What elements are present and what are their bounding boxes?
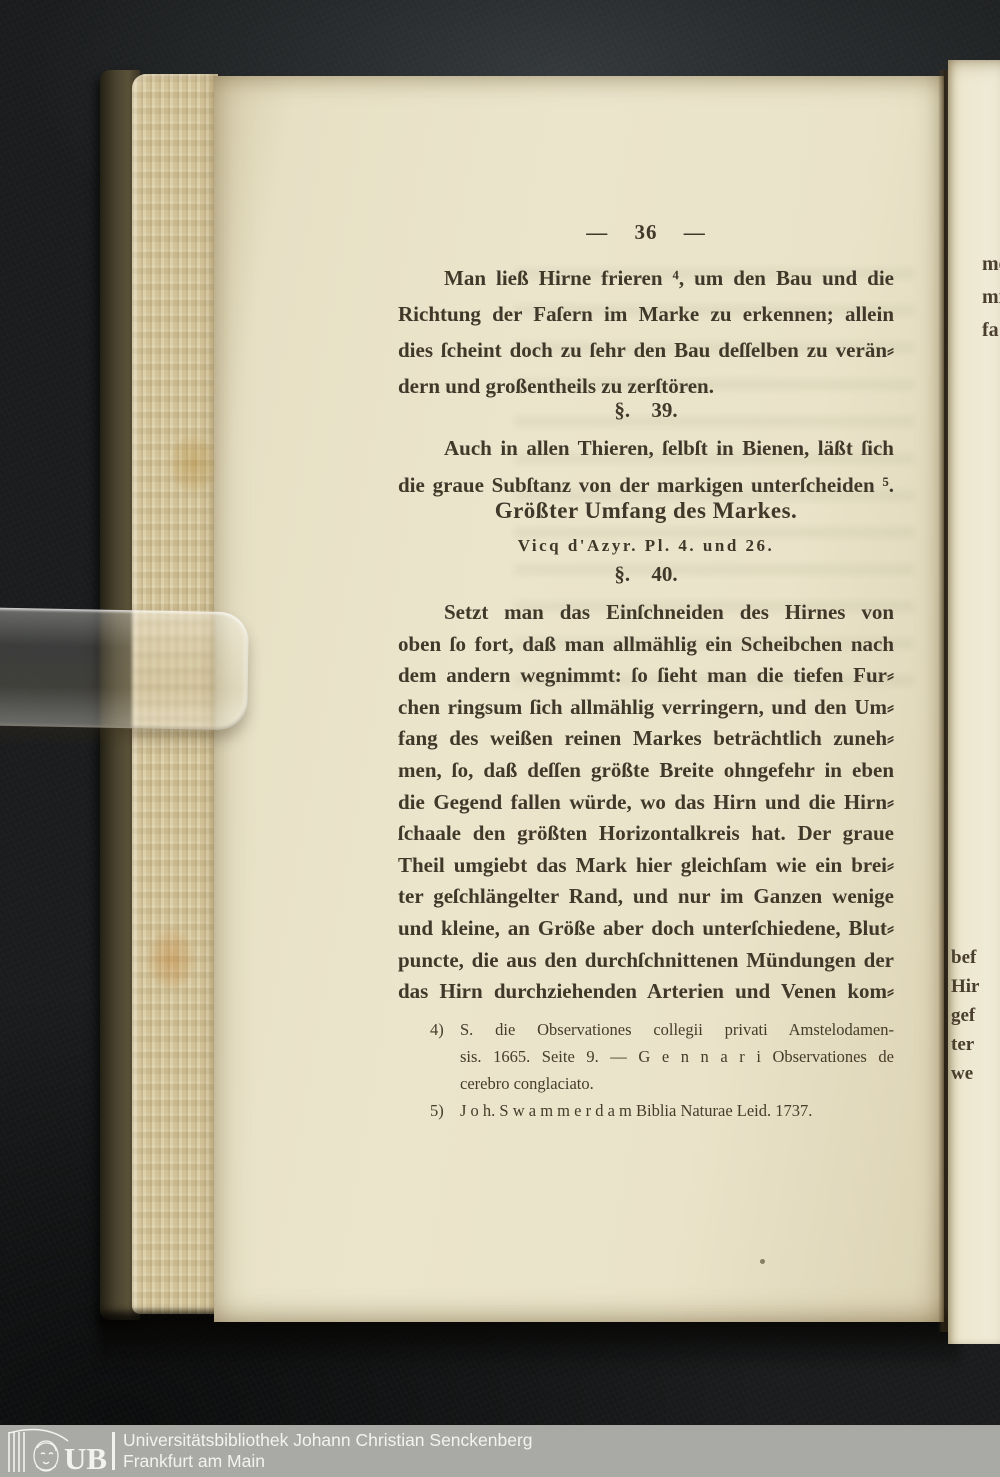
paragraph-2: Auch in allen Thieren, ſelbſt in Bienen,… bbox=[398, 430, 894, 504]
library-location: Frankfurt am Main bbox=[123, 1451, 533, 1472]
text-line: Richtung der Faſern im Marke zu erkennen… bbox=[398, 296, 894, 332]
footnote-text: S. die Observationes collegii privati Am… bbox=[460, 1020, 894, 1039]
text-line: ter geſchlängelter Rand, und nur im Ganz… bbox=[398, 881, 894, 913]
ub-logo-text: UB bbox=[64, 1441, 107, 1474]
text-fragment: me bbox=[982, 248, 1000, 281]
logo-arc bbox=[9, 1430, 68, 1441]
text-line: ſchaale den größten Horizontalkreis hat.… bbox=[398, 818, 894, 850]
library-footer-text: Universitätsbibliothek Johann Christian … bbox=[123, 1430, 533, 1472]
text-fragment: we bbox=[951, 1059, 980, 1088]
page-number: — 36 — bbox=[398, 220, 894, 245]
text-line: chen ringsum ſich allmählig verringern, … bbox=[398, 692, 894, 724]
text-line: die Gegend fallen würde, wo das Hirn und… bbox=[398, 787, 894, 819]
page-holder-strip bbox=[0, 608, 249, 731]
book-scan-photo: — 36 — Man ließ Hirne frieren ⁴, um den … bbox=[0, 0, 1000, 1477]
citation-line: Vicq d'Azyr. Pl. 4. und 26. bbox=[398, 536, 894, 556]
text-line: dem andern wegnimmt: ſo ſieht man die ti… bbox=[398, 660, 894, 692]
section-40-label: §. 40. bbox=[398, 562, 894, 587]
facing-page-text-fragments: bef Hir gef ter we bbox=[951, 943, 980, 1088]
footnote-text: cerebro conglaciato. bbox=[460, 1074, 594, 1093]
text-fragment: Hir bbox=[951, 972, 980, 1001]
senckenberg-portrait-icon bbox=[34, 1441, 58, 1471]
text-line: oben ſo fort, daß man allmählig ein Sche… bbox=[398, 629, 894, 661]
text-line: men, ſo, daß deſſen größte Breite ohngef… bbox=[398, 755, 894, 787]
library-footer-bar: UB Universitätsbibliothek Johann Christi… bbox=[0, 1425, 1000, 1477]
text-line: dies ſcheint doch zu ſehr den Bau deſſel… bbox=[398, 332, 894, 368]
footnote-4-marker: 4) bbox=[430, 1016, 444, 1043]
page-stain bbox=[148, 928, 194, 990]
text-line: puncte, die aus den durchſchnittenen Mün… bbox=[398, 945, 894, 977]
page-stain bbox=[170, 434, 216, 494]
footnote-text: sis. 1665. Seite 9. — G e n n a r i Obse… bbox=[460, 1047, 894, 1066]
footnote-4-line: cerebro conglaciato. bbox=[398, 1070, 894, 1097]
ub-library-logo: UB bbox=[6, 1428, 114, 1474]
section-39-label: §. 39. bbox=[398, 398, 894, 423]
paragraph-1: Man ließ Hirne frieren ⁴, um den Bau und… bbox=[398, 260, 894, 404]
text-fragment: bef bbox=[951, 943, 980, 972]
book-page: — 36 — Man ließ Hirne frieren ⁴, um den … bbox=[214, 76, 944, 1322]
footnote-text: J o h. S w a m m e r d a m Biblia Natura… bbox=[460, 1101, 812, 1120]
paper-speck bbox=[760, 1259, 765, 1264]
logo-book-lines bbox=[9, 1430, 68, 1472]
text-line: Auch in allen Thieren, ſelbſt in Bienen,… bbox=[398, 430, 894, 467]
text-line: Theil umgiebt das Mark hier gleichſam wi… bbox=[398, 850, 894, 882]
text-fragment: gef bbox=[951, 1001, 980, 1030]
text-line: das Hirn durchziehenden Arterien und Ven… bbox=[398, 976, 894, 1008]
section-heading: Größter Umfang des Markes. bbox=[398, 498, 894, 524]
text-line: und kleine, an Größe aber doch unterſchi… bbox=[398, 913, 894, 945]
facing-page-text-fragments: me mi fa bbox=[982, 248, 1000, 347]
footnotes: 4)S. die Observationes collegii privati … bbox=[398, 1016, 894, 1124]
facing-page-edge: me mi fa bef Hir gef ter we bbox=[948, 60, 1000, 1344]
text-fragment: mi bbox=[982, 281, 1000, 314]
text-fragment: ter bbox=[951, 1030, 980, 1059]
logo-divider bbox=[112, 1432, 115, 1470]
text-line: Man ließ Hirne frieren ⁴, um den Bau und… bbox=[398, 260, 894, 296]
text-fragment: fa bbox=[982, 314, 1000, 347]
footnote-5-marker: 5) bbox=[430, 1097, 444, 1124]
paragraph-3: Setzt man das Einſchneiden des Hirnes vo… bbox=[398, 597, 894, 1008]
footnote-5-line: 5)J o h. S w a m m e r d a m Biblia Natu… bbox=[398, 1097, 894, 1124]
footnote-4-line: sis. 1665. Seite 9. — G e n n a r i Obse… bbox=[398, 1043, 894, 1070]
library-name: Universitätsbibliothek Johann Christian … bbox=[123, 1430, 533, 1451]
footnote-4-line: 4)S. die Observationes collegii privati … bbox=[398, 1016, 894, 1043]
text-line: fang des weißen reinen Markes beträchtli… bbox=[398, 723, 894, 755]
text-line: Setzt man das Einſchneiden des Hirnes vo… bbox=[398, 597, 894, 629]
